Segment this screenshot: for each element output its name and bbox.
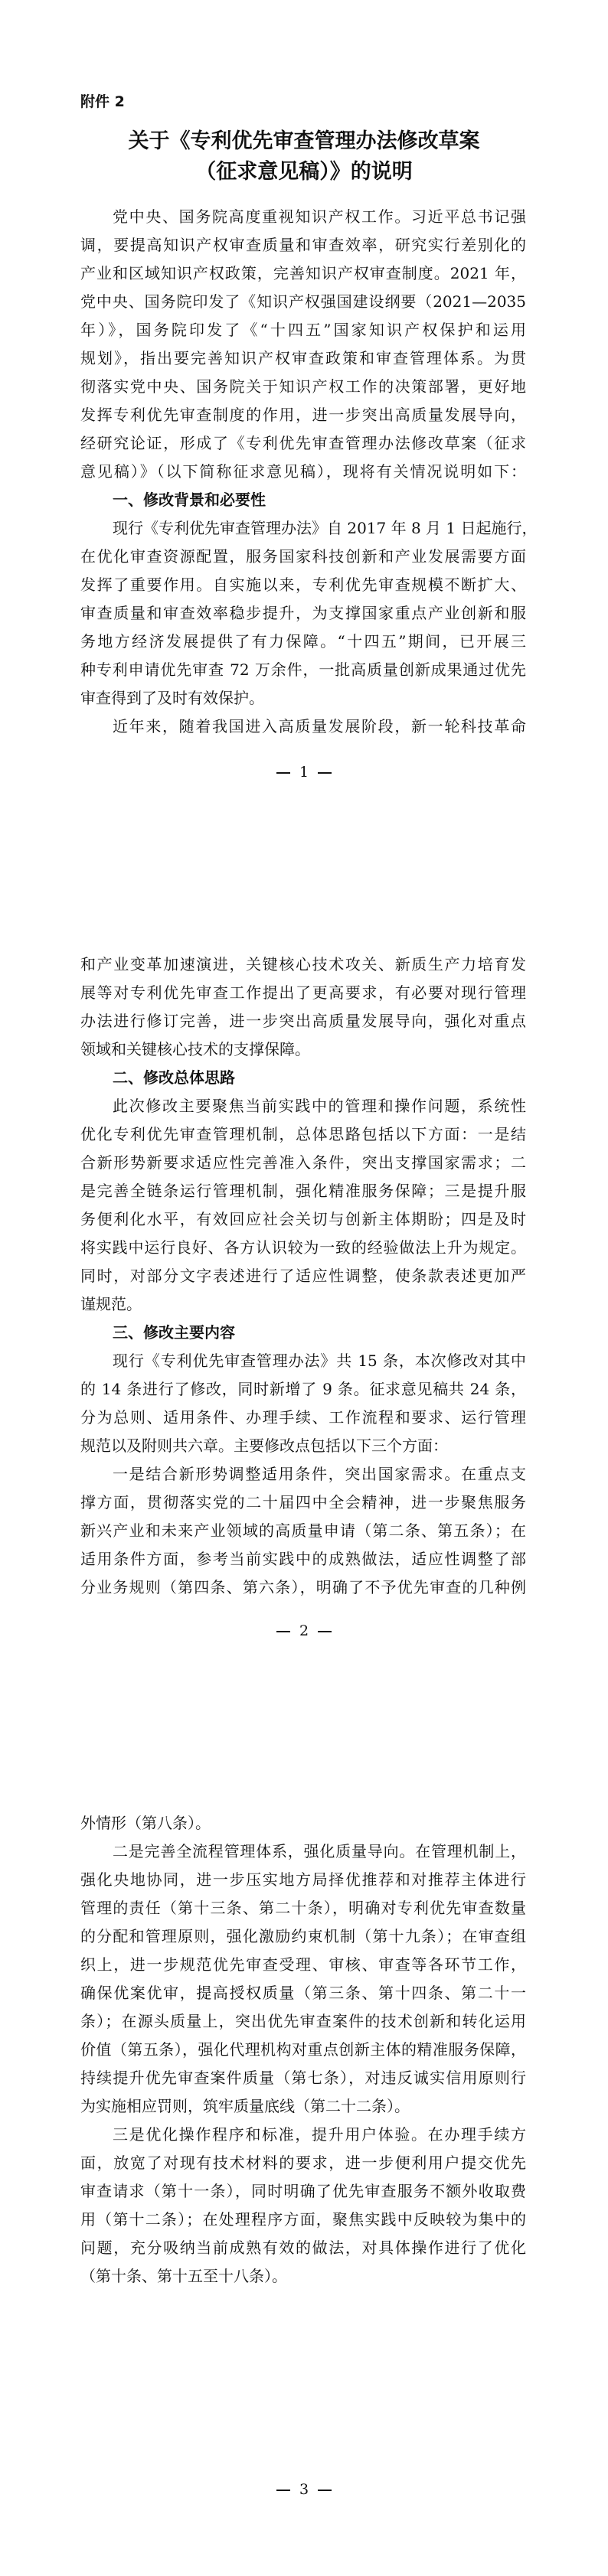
paragraph-line: 务地方经济发展提供了有力保障。“十四五”期间，已开展三 — [80, 630, 526, 653]
paragraph-line: 审查请求（第十一条），同时明确了优先审查服务不额外收取费 — [80, 2180, 526, 2203]
page-3: 外情形（第八条）。 二是完善全流程管理体系，强化质量导向。在管理机制上， 强化央… — [0, 1717, 608, 2576]
paragraph-line: 审查质量和审查效率稳步提升，为支撑国家重点产业创新和服 — [80, 602, 526, 624]
paragraph-line: 规划》，指出要完善知识产权审查政策和审查管理体系。为贯 — [80, 347, 526, 370]
paragraph-line: 种专利申请优先审查 72 万余件，一批高质量创新成果通过优先 — [80, 658, 526, 681]
paragraph-line: 审查得到了及时有效保护。 — [80, 686, 526, 709]
dash-right — [318, 1631, 332, 1632]
paragraph-line: 合新形势新要求适应性完善准入条件，突出支撑国家需求；二 — [80, 1151, 526, 1174]
paragraph-line: 适用条件方面，参考当前实践中的成熟做法，适应性调整了部 — [80, 1547, 526, 1570]
paragraph-line: 一是结合新形势调整适用条件，突出国家需求。在重点支 — [113, 1462, 526, 1485]
section-heading-3: 三、修改主要内容 — [113, 1321, 235, 1344]
paragraph-line: 年）》，国务院印发了《“十四五”国家知识产权保护和运用 — [80, 318, 526, 341]
page-2: 和产业变革加速演进，关键核心技术攻关、新质生产力培育发 展等对专利优先审查工作提… — [0, 859, 608, 1717]
paragraph-line: 意见稿）》（以下简称征求意见稿），现将有关情况说明如下： — [80, 460, 526, 483]
paragraph-line: 谨规范。 — [80, 1293, 526, 1316]
page-number-value: 3 — [299, 2481, 309, 2498]
paragraph-line: 发挥了重要作用。自实施以来，专利优先审查规模不断扩大、 — [80, 573, 526, 596]
dash-right — [318, 2490, 332, 2491]
paragraph-line: 同时，对部分文字表述进行了适应性调整，使条款表述更加严 — [80, 1264, 526, 1287]
paragraph-line: 将实践中运行良好、各方认识较为一致的经验做法上升为规定。 — [80, 1236, 526, 1259]
paragraph-line: 在优化审查资源配置，服务国家科技创新和产业发展需要方面 — [80, 545, 526, 568]
paragraph-line: 此次修改主要聚焦当前实践中的管理和操作问题，系统性 — [113, 1094, 526, 1117]
paragraph-line: 织上，进一步规范优先审查受理、审核、审查等各环节工作， — [80, 1953, 526, 1976]
document-title-line-1: 关于《专利优先审查管理办法修改草案 — [0, 127, 608, 156]
paragraph-line: 确保优案优审，提高授权质量（第三条、第十四条、第二十一 — [80, 1981, 526, 2004]
paragraph-line: 经研究论证，形成了《专利优先审查管理办法修改草案（征求 — [80, 432, 526, 455]
paragraph-line: 领域和关键核心技术的支撑保障。 — [80, 1038, 526, 1061]
page-number: 3 — [0, 2480, 608, 2499]
paragraph-line: 分业务规则（第四条、第六条），明确了不予优先审查的几种例 — [80, 1576, 526, 1599]
dash-right — [318, 772, 332, 774]
page-number: 1 — [0, 762, 608, 782]
paragraph-line: 近年来，随着我国进入高质量发展阶段，新一轮科技革命 — [113, 715, 526, 738]
section-heading-2: 二、修改总体思路 — [113, 1066, 235, 1089]
dash-left — [276, 772, 290, 774]
dash-left — [276, 1631, 290, 1632]
paragraph-line: 为实施相应罚则，筑牢质量底线（第二十二条）。 — [80, 2095, 526, 2118]
paragraph-line: 的 14 条进行了修改，同时新增了 9 条。征求意见稿共 24 条， — [80, 1378, 526, 1400]
document-title-line-2: （征求意见稿）》的说明 — [0, 158, 608, 187]
paragraph-line: 管理的责任（第十三条、第二十条），明确对专利优先审查数量 — [80, 1896, 526, 1919]
paragraph-line: 现行《专利优先审查管理办法》自 2017 年 8 月 1 日起施行， — [113, 517, 526, 540]
paragraph-line: 撑方面，贯彻落实党的二十届四中全会精神，进一步聚焦服务 — [80, 1491, 526, 1514]
paragraph-line: 价值（第五条），强化代理机构对重点创新主体的精准服务保障， — [80, 2038, 526, 2061]
paragraph-line: 用（第十二条）；在处理程序方面，聚焦实践中反映较为集中的 — [80, 2208, 526, 2231]
page-1: 附件 2 关于《专利优先审查管理办法修改草案 （征求意见稿）》的说明 党中央、国… — [0, 0, 608, 859]
paragraph-line: 优化专利优先审查管理机制，总体思路包括以下方面：一是结 — [80, 1123, 526, 1146]
paragraph-line: 条）；在源头质量上，突出优先审查案件的技术创新和转化运用 — [80, 2010, 526, 2033]
paragraph-line: 产业和区域知识产权政策，完善知识产权审查制度。2021 年， — [80, 262, 526, 285]
paragraph-line: 党中央、国务院高度重视知识产权工作。习近平总书记强 — [113, 205, 526, 228]
page-number: 2 — [0, 1621, 608, 1641]
paragraph-line: 持续提升优先审查案件质量（第七条），对违反诚实信用原则行 — [80, 2066, 526, 2089]
paragraph-line: 的分配和管理原则，强化激励约束机制（第十九条）；在审查组 — [80, 1925, 526, 1948]
paragraph-line: 彻落实党中央、国务院关于知识产权工作的决策部署，更好地 — [80, 375, 526, 398]
page-number-value: 1 — [299, 764, 309, 781]
paragraph-line: 二是完善全流程管理体系，强化质量导向。在管理机制上， — [113, 1840, 526, 1863]
paragraph-line: 问题，充分吸纳当前成熟有效的做法，对具体操作进行了优化 — [80, 2236, 526, 2259]
annex-label: 附件 2 — [80, 90, 125, 111]
paragraph-line: 分为总则、适用条件、办理手续、工作流程和要求、运行管理 — [80, 1406, 526, 1429]
paragraph-line: 外情形（第八条）。 — [80, 1811, 526, 1834]
paragraph-line: 现行《专利优先审查管理办法》共 15 条，本次修改对其中 — [113, 1349, 526, 1372]
paragraph-line: 规范以及附则共六章。主要修改点包括以下三个方面： — [80, 1434, 526, 1457]
paragraph-line: 新兴产业和未来产业领域的高质量申请（第二条、第五条）；在 — [80, 1519, 526, 1542]
paragraph-line: （第十条、第十五至十八条）。 — [80, 2265, 526, 2287]
page-number-value: 2 — [299, 1622, 309, 1639]
paragraph-line: 面，放宽了对现有技术材料的要求，进一步便利用户提交优先 — [80, 2151, 526, 2174]
paragraph-line: 展等对专利优先审查工作提出了更高要求，有必要对现行管理 — [80, 981, 526, 1004]
paragraph-line: 务便利化水平，有效回应社会关切与创新主体期盼；四是及时 — [80, 1208, 526, 1231]
paragraph-line: 和产业变革加速演进，关键核心技术攻关、新质生产力培育发 — [80, 953, 526, 976]
paragraph-line: 发挥专利优先审查制度的作用，进一步突出高质量发展导向， — [80, 403, 526, 426]
section-heading-1: 一、修改背景和必要性 — [113, 488, 266, 511]
paragraph-line: 是完善全链条运行管理机制，强化精准服务保障；三是提升服 — [80, 1179, 526, 1202]
paragraph-line: 强化央地协同，进一步压实地方局择优推荐和对推荐主体进行 — [80, 1868, 526, 1891]
paragraph-line: 三是优化操作程序和标准，提升用户体验。在办理手续方 — [113, 2123, 526, 2146]
paragraph-line: 党中央、国务院印发了《知识产权强国建设纲要（2021—2035 — [80, 290, 526, 313]
paragraph-line: 办法进行修订完善，进一步突出高质量发展导向，强化对重点 — [80, 1009, 526, 1032]
paragraph-line: 调，要提高知识产权审查质量和审查效率，研究实行差别化的 — [80, 233, 526, 256]
dash-left — [276, 2490, 290, 2491]
